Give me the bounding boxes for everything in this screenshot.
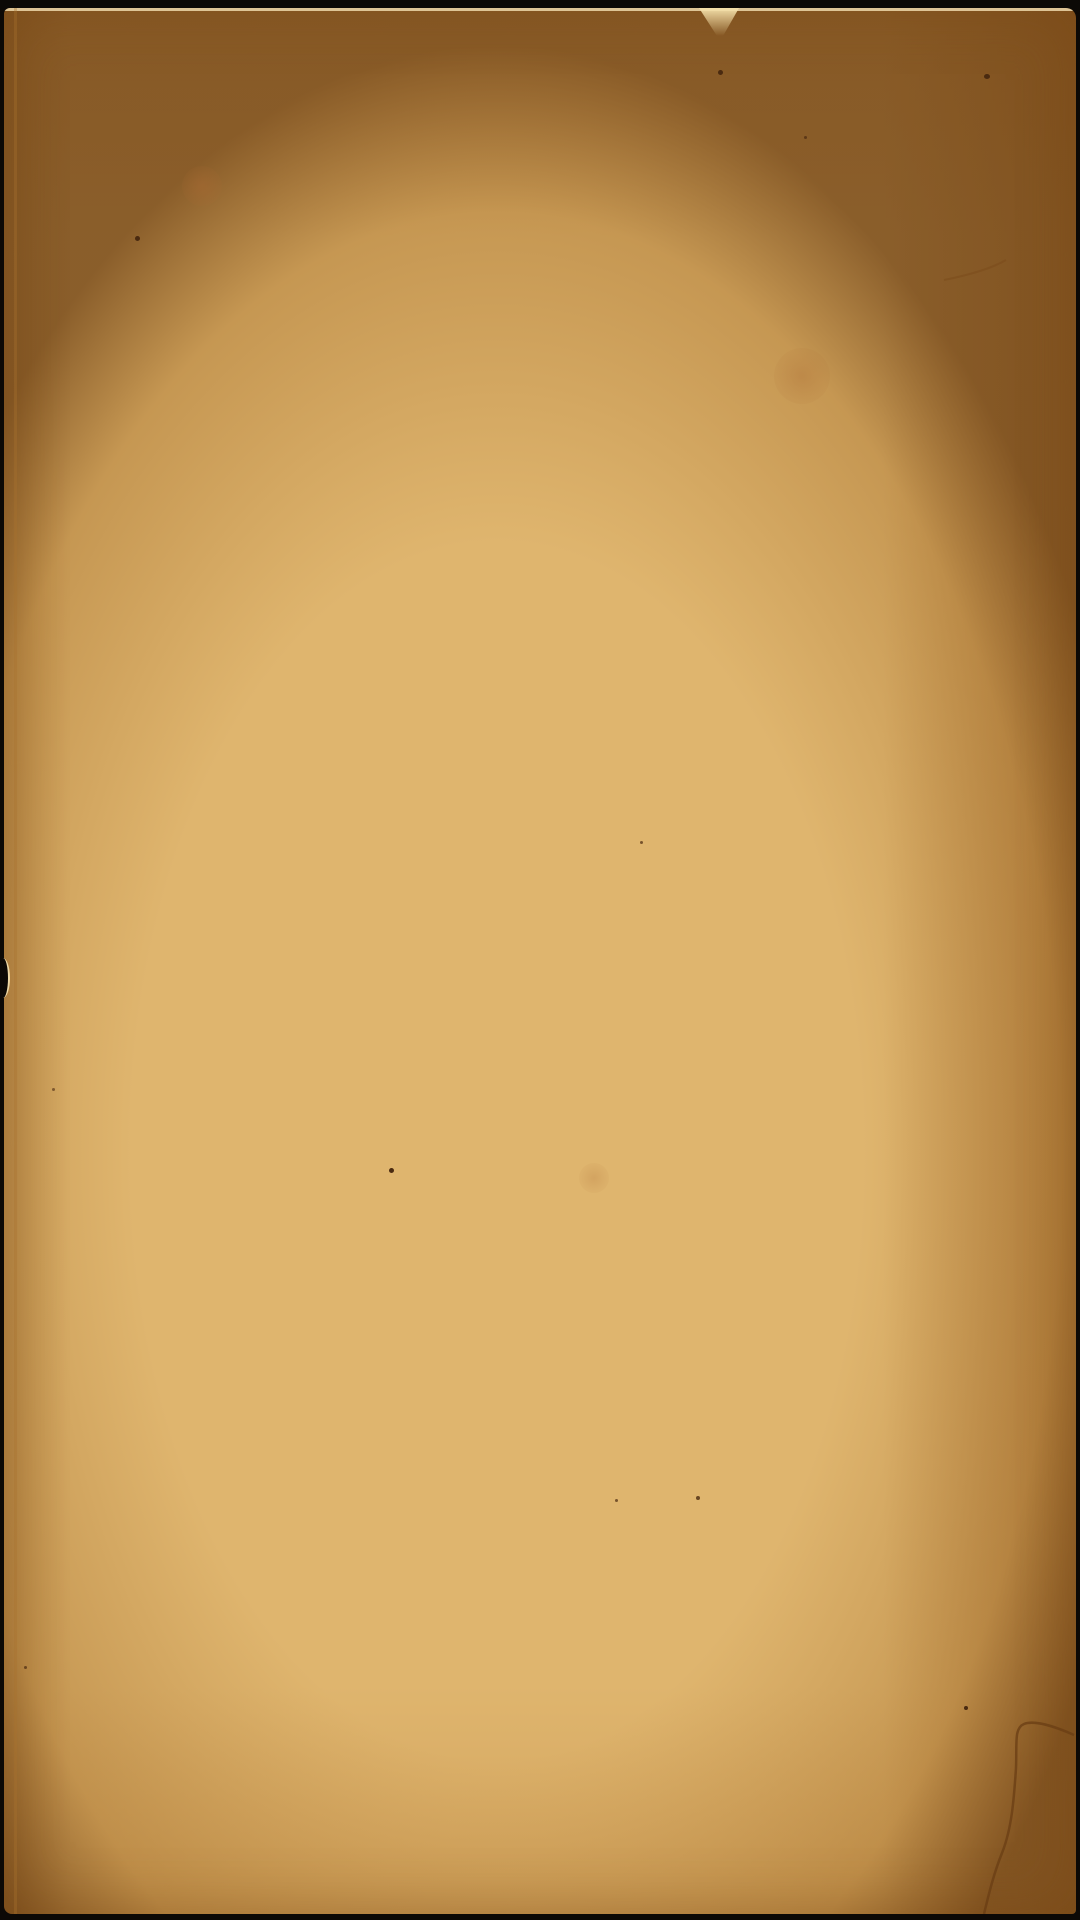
background [0,0,1080,1920]
paper-crack [4,8,1076,1914]
parchment-paper [4,8,1076,1914]
